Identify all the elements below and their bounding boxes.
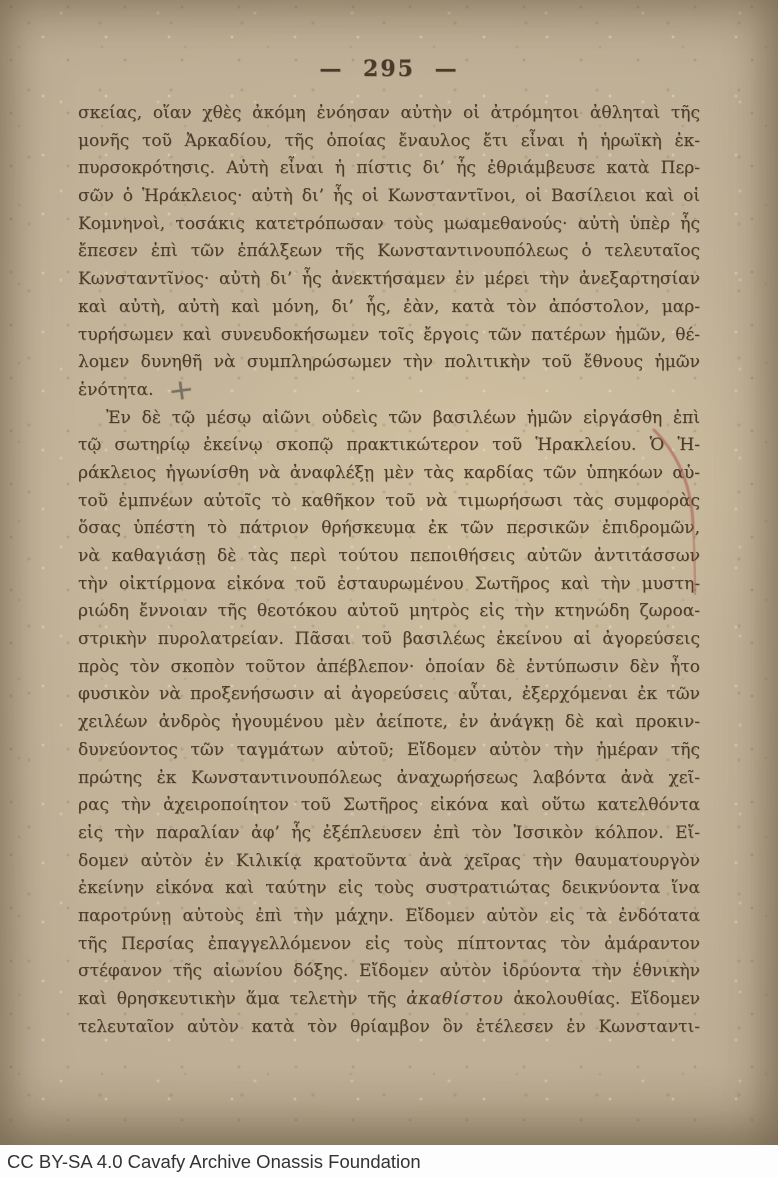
text-line: νὰ καθαγιάσῃ δὲ τὰς περὶ τούτου πεποιθήσ… xyxy=(78,543,700,571)
text-line: ρας τὴν ἀχειροποίητον τοῦ Σωτῆρος εἰκόνα… xyxy=(78,792,700,820)
text-line: καὶ αὐτὴ, αὐτὴ καὶ μόνη, δι’ ἧς, ἐὰν, κα… xyxy=(78,294,700,322)
pencil-cross-annotation: + xyxy=(168,389,194,393)
text-line: λομεν δυνηθῆ νὰ συμπληρώσωμεν τὴν πολιτι… xyxy=(78,349,700,377)
paper-background: — 295 — σκείας, οἵαν χθὲς ἀκόμη ἐνόησαν … xyxy=(0,0,778,1145)
text-line: τῆς Περσίας ἐπαγγελλόμενον εἰς τοὺς πίπτ… xyxy=(78,931,700,959)
text-line: δυνεύοντος τῶν ταγμάτων αὑτοῦ; Εἴδομεν α… xyxy=(78,737,700,765)
text-line: πρώτης ἐκ Κωνσταντινουπόλεως ἀναχωρήσεως… xyxy=(78,765,700,793)
license-bar: CC BY-SA 4.0 Cavafy Archive Onassis Foun… xyxy=(0,1145,778,1178)
text-line: στρικὴν πυρολατρείαν. Πᾶσαι τοῦ βασιλέως… xyxy=(78,626,700,654)
italic-word: ἀκαθίστου xyxy=(406,989,503,1009)
text-line: τῷ σωτηρίῳ ἐκείνῳ σκοπῷ πρακτικώτερον το… xyxy=(78,432,700,460)
text-line: ὅσας ὑπέστη τὸ πάτριον θρήσκευμα ἐκ τῶν … xyxy=(78,515,700,543)
text-line: στέφανον τῆς αἰωνίου δόξης. Εἴδομεν αὐτὸ… xyxy=(78,958,700,986)
text-line: ράκλειος ἠγωνίσθη νὰ ἀναφλέξῃ μὲν τὰς κα… xyxy=(78,460,700,488)
text-line: τὴν οἰκτίρμονα εἰκόνα τοῦ ἐσταυρωμένου Σ… xyxy=(78,571,700,599)
text-line: παροτρύνῃ αὐτοὺς ἐπὶ τὴν μάχην. Εἴδομεν … xyxy=(78,903,700,931)
text-line: καὶ θρησκευτικὴν ἅμα τελετὴν τῆς ἀκαθίστ… xyxy=(78,986,700,1014)
text-line: Κωνσταντῖνος· αὐτὴ δι’ ἧς ἀνεκτήσαμεν ἐν… xyxy=(78,266,700,294)
scanned-book-page: — 295 — σκείας, οἵαν χθὲς ἀκόμη ἐνόησαν … xyxy=(0,0,778,1178)
text-line: σῶν ὁ Ἡράκλειος· αὐτὴ δι’ ἧς οἱ Κωνσταντ… xyxy=(78,183,700,211)
text-line: πρὸς τὸν σκοπὸν τοῦτον ἀπέβλεπον· ὁποίαν… xyxy=(78,654,700,682)
text-line: σκείας, οἵαν χθὲς ἀκόμη ἐνόησαν αὐτὴν οἱ… xyxy=(78,100,700,128)
text-line: Κομνηνοὶ, τοσάκις κατετρόπωσαν τοὺς μωαμ… xyxy=(78,211,700,239)
text-line: φυσικὸν νὰ προξενήσωσιν αἱ ἀγορεύσεις αὗ… xyxy=(78,681,700,709)
text-line: πυρσοκρότησις. Αὐτὴ εἶναι ἡ πίστις δι’ ἧ… xyxy=(78,155,700,183)
text-line: τυρήσωμεν καὶ συνευδοκήσωμεν τοῖς ἔργοις… xyxy=(78,322,700,350)
text-line: χειλέων ἀνδρὸς ἡγουμένου μὲν ἀείποτε, ἐν… xyxy=(78,709,700,737)
text-block: σκείας, οἵαν χθὲς ἀκόμη ἐνόησαν αὐτὴν οἱ… xyxy=(78,100,700,1041)
text-line: ἐκείνην εἰκόνα καὶ ταύτην εἰς τοὺς συστρ… xyxy=(78,875,700,903)
page-number: — 295 — xyxy=(78,56,700,82)
text-line: δομεν αὐτὸν ἐν Κιλικίᾳ κρατοῦντα ἀνὰ χεῖ… xyxy=(78,848,700,876)
paragraph: Ἐν δὲ τῷ μέσῳ αἰῶνι οὐδεὶς τῶν βασιλέων … xyxy=(78,405,700,1042)
text-line: τοῦ ἐμπνέων αὐτοῖς τὸ καθῆκον τοῦ νὰ τιμ… xyxy=(78,488,700,516)
text-line: Ἐν δὲ τῷ μέσῳ αἰῶνι οὐδεὶς τῶν βασιλέων … xyxy=(78,405,700,433)
text-line: εἰς τὴν παραλίαν ἀφ’ ἧς ἐξέπλευσεν ἐπὶ τ… xyxy=(78,820,700,848)
paragraph: σκείας, οἵαν χθὲς ἀκόμη ἐνόησαν αὐτὴν οἱ… xyxy=(78,100,700,405)
text-line: ριώδη ἔννοιαν τῆς θεοτόκου αὐτοῦ μητρὸς … xyxy=(78,598,700,626)
text-line: μονῆς τοῦ Ἀρκαδίου, τῆς ὁποίας ἔναυλος ἔ… xyxy=(78,128,700,156)
license-text: CC BY-SA 4.0 Cavafy Archive Onassis Foun… xyxy=(0,1145,778,1178)
text-line: ἔπεσεν ἐπὶ τῶν ἐπάλξεων τῆς Κωνσταντινου… xyxy=(78,238,700,266)
text-line: τελευταῖον αὐτὸν κατὰ τὸν θρίαμβον ὃν ἐτ… xyxy=(78,1014,700,1042)
text-line: ἑνότητα.+ xyxy=(78,377,700,405)
